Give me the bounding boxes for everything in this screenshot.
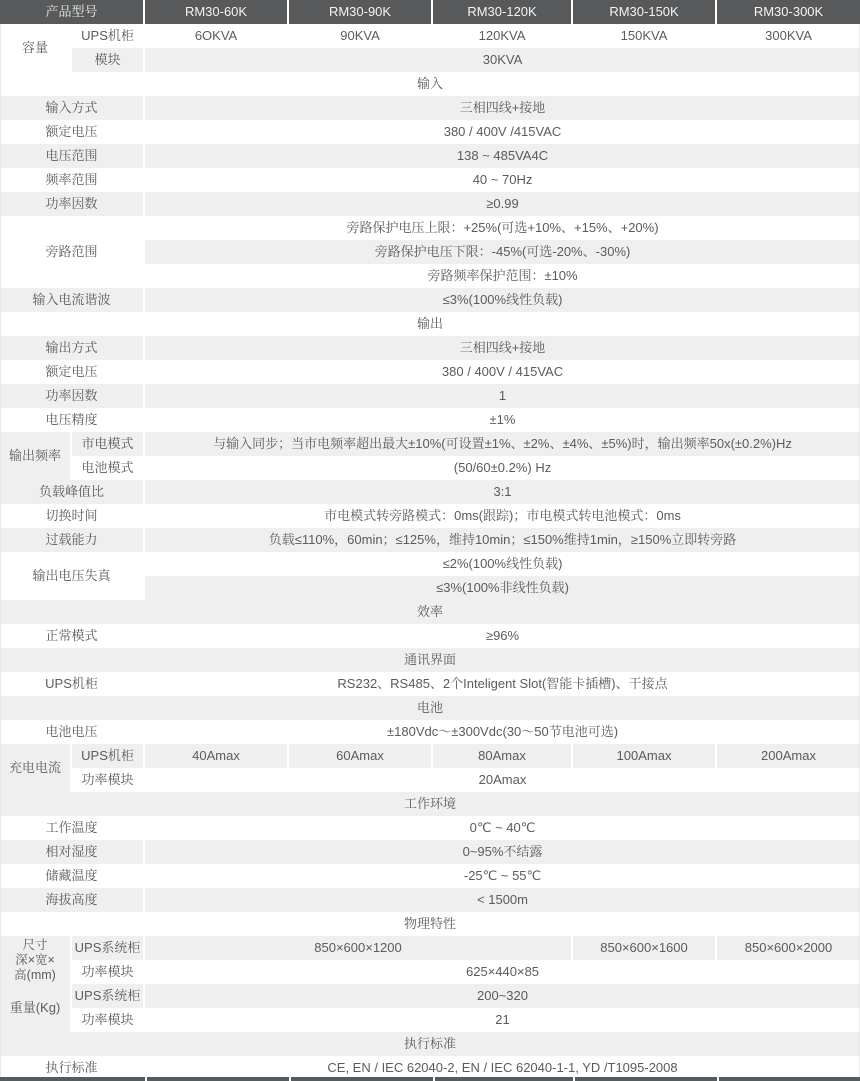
value-cell: 40Amax (145, 744, 289, 768)
value-cell: 200Amax (717, 744, 860, 768)
value-cell: 三相四线+接地 (145, 336, 860, 360)
spec-table-body: 产品型号RM30-60KRM30-90KRM30-120KRM30-150KRM… (0, 0, 860, 1080)
header-strip-gap (717, 1077, 719, 1081)
section-title-battery: 电池 (0, 696, 860, 720)
spec-row: 电压精度±1% (0, 408, 860, 432)
row-label: 正常模式 (0, 624, 145, 648)
row-label: 负载峰值比 (0, 480, 145, 504)
value-cell: 380 / 400V / 415VAC (145, 360, 860, 384)
column-header-rm30-90k: RM30-90K (289, 0, 433, 24)
value-cell: 300KVA (717, 24, 860, 48)
value-cell: RS232、RS485、2个Inteligent Slot(智能卡插槽)、干接点 (145, 672, 860, 696)
row-label: 输入电流谐波 (0, 288, 145, 312)
spec-row: 旁路范围旁路保护电压上限：+25%(可选+10%、+15%、+20%) (0, 216, 860, 240)
column-header-model: 产品型号 (0, 0, 145, 24)
row-label: 电压精度 (0, 408, 145, 432)
spec-row: 工作温度0℃ ~ 40℃ (0, 816, 860, 840)
value-cell: 200~320 (145, 984, 860, 1008)
spec-row: 输入电流谐波≤3%(100%线性负载) (0, 288, 860, 312)
spec-row: 电压范围138 ~ 485VA4C (0, 144, 860, 168)
value-cell: 80Amax (433, 744, 573, 768)
column-header-rm30-60k: RM30-60K (145, 0, 289, 24)
value-cell: 30KVA (145, 48, 860, 72)
next-table-header-strip (0, 1077, 860, 1081)
value-cell: 6OKVA (145, 24, 289, 48)
header-strip-gap (289, 1077, 291, 1081)
sub-label: UPS机柜 (72, 744, 145, 768)
value-cell: 120KVA (433, 24, 573, 48)
spec-row: 充电电流UPS机柜40Amax60Amax80Amax100Amax200Ama… (0, 744, 860, 768)
value-cell: ≥0.99 (145, 192, 860, 216)
spec-row: 过载能力负载≤110%，60min；≤125%，维持10min；≤150%维持1… (0, 528, 860, 552)
sub-label: 电池模式 (72, 456, 145, 480)
row-label: 电压范围 (0, 144, 145, 168)
spec-row: 输入方式三相四线+接地 (0, 96, 860, 120)
value-cell: ≤3%(100%非线性负载) (145, 576, 860, 600)
spec-row: 功率模块21 (0, 1008, 860, 1032)
sub-label: 功率模块 (72, 768, 145, 792)
sub-label: 市电模式 (72, 432, 145, 456)
value-cell: 1 (145, 384, 860, 408)
spec-row: 输出方式三相四线+接地 (0, 336, 860, 360)
value-cell: 20Amax (145, 768, 860, 792)
value-cell: 旁路保护电压下限：-45%(可选-20%、-30%) (145, 240, 860, 264)
value-cell: 负载≤110%，60min；≤125%，维持10min；≤150%维持1min，… (145, 528, 860, 552)
section-title-physical: 物理特性 (0, 912, 860, 936)
row-label: 海拔高度 (0, 888, 145, 912)
spec-row: 正常模式≥96% (0, 624, 860, 648)
spec-row: 额定电压380 / 400V / 415VAC (0, 360, 860, 384)
spec-row: 海拔高度< 1500m (0, 888, 860, 912)
sub-label: 模块 (72, 48, 145, 72)
spec-row: 相对湿度0~95%不结露 (0, 840, 860, 864)
row-label: 额定电压 (0, 120, 145, 144)
header-strip-gap (433, 1077, 435, 1081)
row-label: 过载能力 (0, 528, 145, 552)
group-label-weight: 重量(Kg) (0, 984, 72, 1032)
spec-row: 功率因数1 (0, 384, 860, 408)
column-header-rm30-120k: RM30-120K (433, 0, 573, 24)
row-label: 工作温度 (0, 816, 145, 840)
value-cell: 380 / 400V /415VAC (145, 120, 860, 144)
spec-row: 功率模块625×440×85 (0, 960, 860, 984)
section-row: 输出 (0, 312, 860, 336)
value-cell: 150KVA (573, 24, 717, 48)
ups-spec-table: 产品型号RM30-60KRM30-90KRM30-120KRM30-150KRM… (0, 0, 860, 1080)
section-title-output: 输出 (0, 312, 860, 336)
table-left-border-line (0, 24, 1, 1077)
spec-row: 模块30KVA (0, 48, 860, 72)
value-cell: ≥96% (145, 624, 860, 648)
row-label: UPS机柜 (0, 672, 145, 696)
sub-label: UPS机柜 (72, 24, 145, 48)
section-row: 物理特性 (0, 912, 860, 936)
value-cell: ≤3%(100%线性负载) (145, 288, 860, 312)
value-cell: 100Amax (573, 744, 717, 768)
sub-label: UPS系统柜 (72, 936, 145, 960)
value-cell: 0℃ ~ 40℃ (145, 816, 860, 840)
group-label-output-freq: 输出频率 (0, 432, 72, 480)
section-row: 通讯界面 (0, 648, 860, 672)
value-cell: (50/60±0.2%) Hz (145, 456, 860, 480)
spec-row: UPS机柜RS232、RS485、2个Inteligent Slot(智能卡插槽… (0, 672, 860, 696)
row-label: 储藏温度 (0, 864, 145, 888)
value-cell: ≤2%(100%线性负载) (145, 552, 860, 576)
group-label-capacity: 容量 (0, 24, 72, 72)
sub-label: 功率模块 (72, 1008, 145, 1032)
section-row: 效率 (0, 600, 860, 624)
spec-row: 重量(Kg)UPS系统柜200~320 (0, 984, 860, 1008)
value-cell: 旁路保护电压上限：+25%(可选+10%、+15%、+20%) (145, 216, 860, 240)
group-label-charge-current: 充电电流 (0, 744, 72, 792)
value-cell: -25℃ ~ 55℃ (145, 864, 860, 888)
value-cell: 850×600×2000 (717, 936, 860, 960)
row-label: 输入方式 (0, 96, 145, 120)
spec-row: 功率因数≥0.99 (0, 192, 860, 216)
spec-row: 功率模块20Amax (0, 768, 860, 792)
row-label: 电池电压 (0, 720, 145, 744)
value-cell: 3:1 (145, 480, 860, 504)
header-strip-gap (145, 1077, 147, 1081)
header-row: 产品型号RM30-60KRM30-90KRM30-120KRM30-150KRM… (0, 0, 860, 24)
section-title-standards: 执行标准 (0, 1032, 860, 1056)
spec-row: 频率范围40 ~ 70Hz (0, 168, 860, 192)
group-label-dimensions: 尺寸 深×宽× 高(mm) (0, 936, 72, 984)
row-label: 切换时间 (0, 504, 145, 528)
section-title-efficiency: 效率 (0, 600, 860, 624)
section-row: 电池 (0, 696, 860, 720)
spec-row: 电池模式(50/60±0.2%) Hz (0, 456, 860, 480)
value-cell: ±1% (145, 408, 860, 432)
header-strip-gap (573, 1077, 575, 1081)
row-label: 频率范围 (0, 168, 145, 192)
group-label-bypass: 旁路范围 (0, 216, 145, 288)
spec-row: 额定电压380 / 400V /415VAC (0, 120, 860, 144)
row-label: 功率因数 (0, 384, 145, 408)
sub-label: UPS系统柜 (72, 984, 145, 1008)
section-row: 工作环境 (0, 792, 860, 816)
row-label: 相对湿度 (0, 840, 145, 864)
spec-row: 电池电压±180Vdc～±300Vdc(30～50节电池可选) (0, 720, 860, 744)
value-cell: 三相四线+接地 (145, 96, 860, 120)
section-title-environment: 工作环境 (0, 792, 860, 816)
value-cell: ±180Vdc～±300Vdc(30～50节电池可选) (145, 720, 860, 744)
spec-row: 切换时间市电模式转旁路模式：0ms(跟踪)；市电模式转电池模式：0ms (0, 504, 860, 528)
row-label: 输出方式 (0, 336, 145, 360)
sub-label: 功率模块 (72, 960, 145, 984)
spec-row: 输出电压失真≤2%(100%线性负载) (0, 552, 860, 576)
value-cell: 625×440×85 (145, 960, 860, 984)
section-title-communication: 通讯界面 (0, 648, 860, 672)
value-cell: 60Amax (289, 744, 433, 768)
value-cell: 40 ~ 70Hz (145, 168, 860, 192)
row-label: 功率因数 (0, 192, 145, 216)
value-cell: 与输入同步；当市电频率超出最大±10%(可设置±1%、±2%、±4%、±5%)时… (145, 432, 860, 456)
value-cell: < 1500m (145, 888, 860, 912)
value-cell: 旁路频率保护范围：±10% (145, 264, 860, 288)
section-title-input: 输入 (0, 72, 860, 96)
value-cell: 850×600×1600 (573, 936, 717, 960)
section-row: 执行标准 (0, 1032, 860, 1056)
value-cell: 市电模式转旁路模式：0ms(跟踪)；市电模式转电池模式：0ms (145, 504, 860, 528)
spec-row: 容量UPS机柜6OKVA90KVA120KVA150KVA300KVA (0, 24, 860, 48)
value-cell: 0~95%不结露 (145, 840, 860, 864)
spec-row: 尺寸 深×宽× 高(mm)UPS系统柜850×600×1200850×600×1… (0, 936, 860, 960)
spec-row: 储藏温度-25℃ ~ 55℃ (0, 864, 860, 888)
value-cell: 90KVA (289, 24, 433, 48)
group-label-distortion: 输出电压失真 (0, 552, 145, 600)
spec-row: 输出频率市电模式与输入同步；当市电频率超出最大±10%(可设置±1%、±2%、±… (0, 432, 860, 456)
row-label: 额定电压 (0, 360, 145, 384)
value-cell: 138 ~ 485VA4C (145, 144, 860, 168)
spec-sheet-page: { "colors": { "header_bg": "#58595b", "h… (0, 0, 860, 1081)
value-cell: 21 (145, 1008, 860, 1032)
value-cell: 850×600×1200 (145, 936, 573, 960)
section-row: 输入 (0, 72, 860, 96)
spec-row: 负载峰值比3:1 (0, 480, 860, 504)
column-header-rm30-300k: RM30-300K (717, 0, 860, 24)
column-header-rm30-150k: RM30-150K (573, 0, 717, 24)
